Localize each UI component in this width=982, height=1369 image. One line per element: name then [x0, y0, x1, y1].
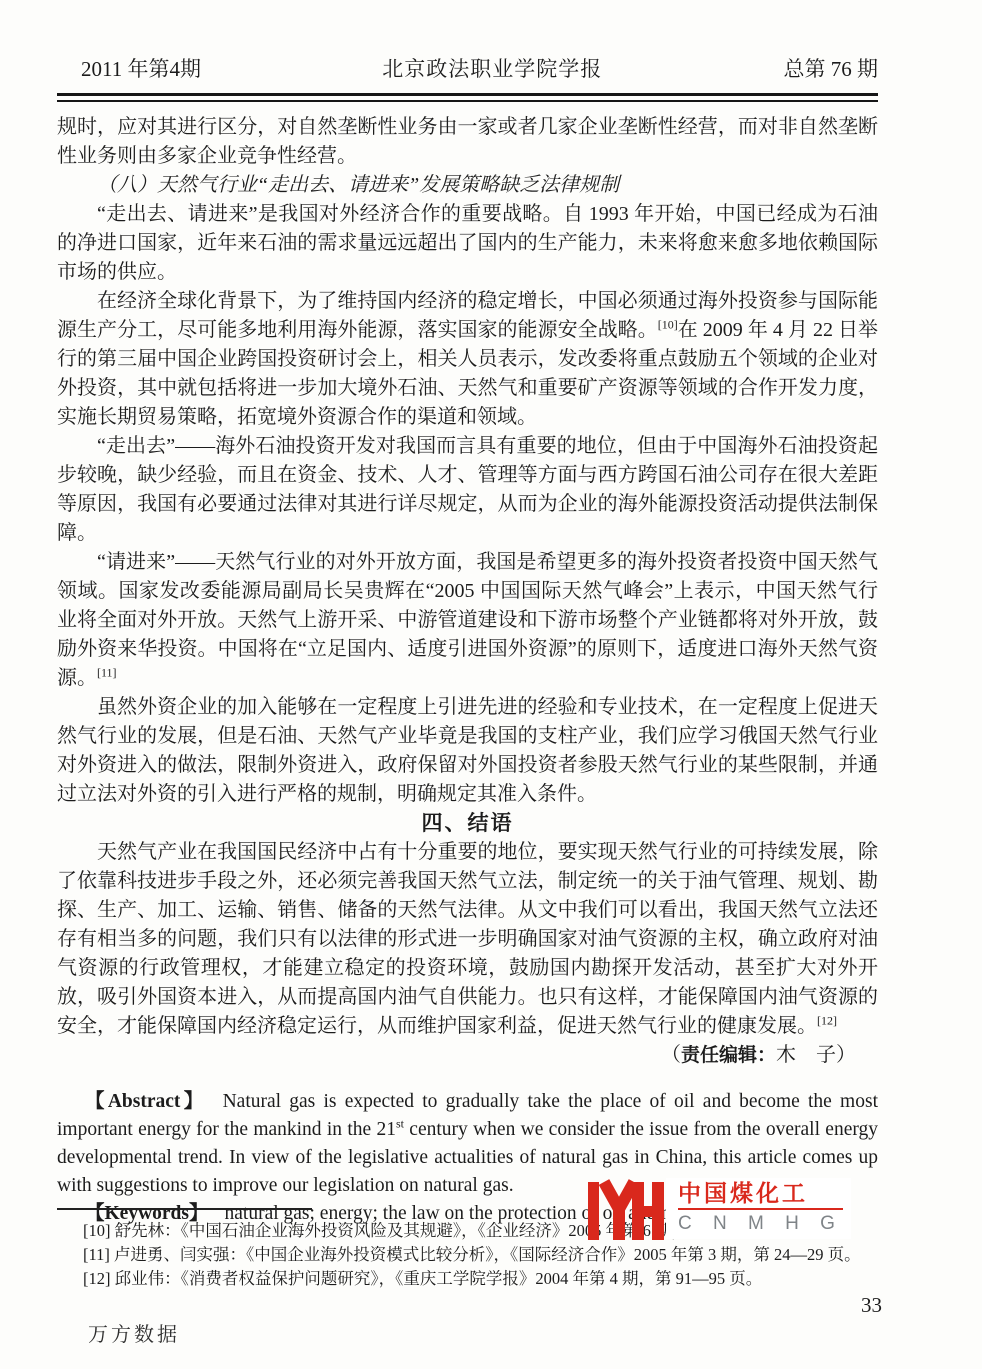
journal-title: 北京政法职业学院学报 [382, 54, 602, 84]
paragraph-globalization: 在经济全球化背景下，为了维持国内经济的稳定增长，中国必须通过海外投资参与国际能源… [57, 287, 878, 432]
article-body: 规时，应对其进行区分，对自然垄断性业务由一家或者几家企业垄断性经营，而对非自然垄… [57, 113, 878, 1070]
logo-divider [678, 1208, 843, 1210]
footnote-text: 邱业伟：《消费者权益保护问题研究》，《重庆工学院学报》2004 年第 4 期，第… [115, 1269, 763, 1288]
issue-left: 2011 年第4期 [57, 54, 201, 84]
footnote-marker: [10] [83, 1221, 111, 1240]
journal-page: 2011 年第4期 北京政法职业学院学报 总第 76 期 规时，应对其进行区分，… [0, 0, 982, 1369]
paragraph-going-out: “走出去”——海外石油投资开发对我国而言具有重要的地位，但由于中国海外石油投资起… [57, 432, 878, 548]
editor-credit: （责任编辑：木 子） [57, 1041, 878, 1070]
footnote-separator [57, 1208, 312, 1210]
logo-chinese-name: 中国煤化工 [678, 1180, 843, 1206]
editor-name: 木 子 [776, 1044, 836, 1066]
footnote-12: [12] 邱业伟：《消费者权益保护问题研究》，《重庆工学院学报》2004 年第 … [57, 1267, 878, 1291]
footnote-ref-12: [12] [817, 1013, 837, 1027]
cnmhg-logo-text: 中国煤化工 C N M H G [666, 1178, 851, 1239]
subheading-eight: （八）天然气行业“走出去、请进来”发展策略缺乏法律规制 [57, 171, 878, 200]
footnote-marker: [11] [83, 1245, 110, 1264]
paragraph-text: 天然气产业在我国国民经济中占有十分重要的地位，要实现天然气行业的可持续发展，除了… [57, 841, 878, 1037]
issue-right: 总第 76 期 [783, 54, 878, 84]
paragraph-conclusion: 天然气产业在我国国民经济中占有十分重要的地位，要实现天然气行业的可持续发展，除了… [57, 838, 878, 1041]
editor-paren-close: ） [836, 1044, 856, 1066]
page-header: 2011 年第4期 北京政法职业学院学报 总第 76 期 [57, 54, 878, 84]
footnote-marker: [12] [83, 1269, 111, 1288]
paragraph-text: “请进来”——天然气行业的对外开放方面，我国是希望更多的海外投资者投资中国天然气… [57, 551, 878, 689]
footnote-ref-10: [10] [658, 317, 678, 331]
editor-paren-open: （ [661, 1044, 681, 1066]
paragraph-foreign-capital: 虽然外资企业的加入能够在一定程度上引进先进的经验和专业技术，在一定程度上促进天然… [57, 693, 878, 809]
cnmhg-watermark-logo: 中国煤化工 C N M H G [588, 1178, 851, 1240]
footnote-ref-11: [11] [97, 665, 117, 679]
paragraph-strategy: “走出去、请进来”是我国对外经济合作的重要战略。自 1993 年开始，中国已经成… [57, 200, 878, 287]
cnmhg-monogram-icon [588, 1178, 664, 1240]
footnote-11: [11] 卢进勇、闫实强：《中国企业海外投资模式比较分析》，《国际经济合作》20… [57, 1243, 878, 1267]
page-number: 33 [861, 1293, 882, 1318]
abstract-label: 【Abstract】 [85, 1091, 207, 1112]
section-title-conclusion: 四、结语 [57, 809, 878, 838]
footnote-text: 卢进勇、闫实强：《中国企业海外投资模式比较分析》，《国际经济合作》2005 年第… [114, 1245, 861, 1264]
wanfang-watermark: 万方数据 [88, 1318, 180, 1347]
paragraph-inviting-in: “请进来”——天然气行业的对外开放方面，我国是希望更多的海外投资者投资中国天然气… [57, 548, 878, 693]
editor-label: 责任编辑： [681, 1045, 776, 1066]
logo-latin-name: C N M H G [678, 1213, 843, 1235]
header-double-rule [57, 93, 878, 102]
paragraph-continuation: 规时，应对其进行区分，对自然垄断性业务由一家或者几家企业垄断性经营，而对非自然垄… [57, 113, 878, 171]
ordinal-superscript: st [396, 1117, 404, 1131]
